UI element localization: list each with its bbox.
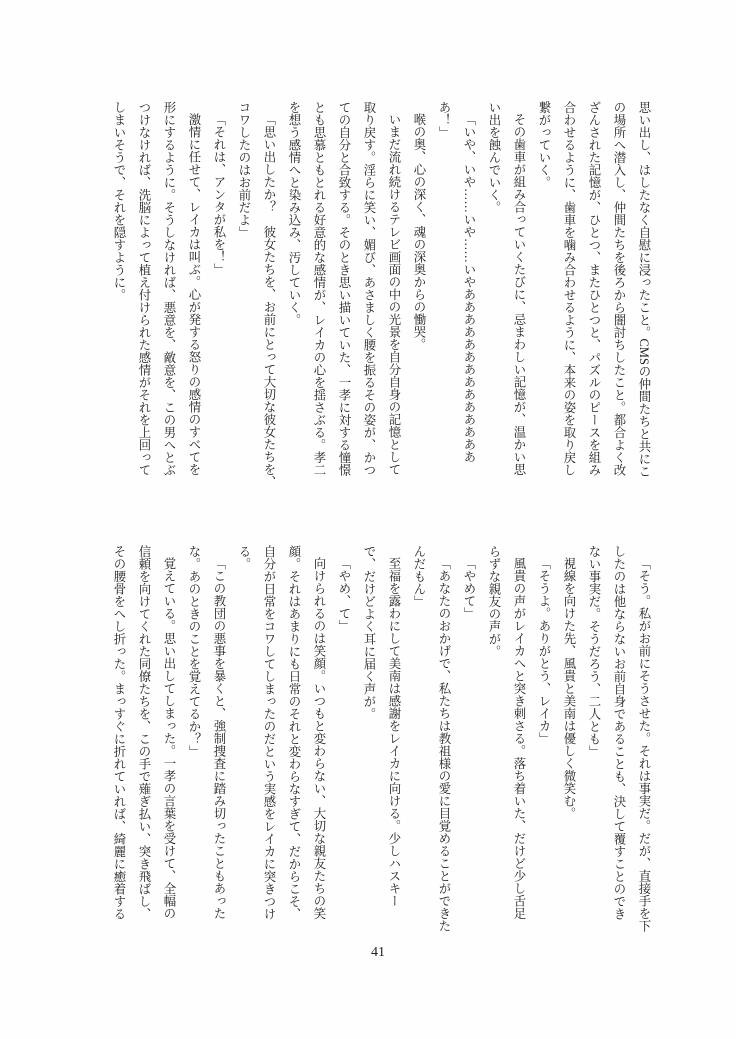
- text-line: したのは他ならないお前自身であることも、決して覆すことのでき: [606, 545, 631, 941]
- text-line: 「やめて」: [456, 545, 481, 953]
- text-line: を想う感情へと染み込み、汚していく。: [281, 101, 306, 497]
- text-line: しまいそうで、それを隠すように。: [106, 101, 131, 497]
- text-line: い出を蝕んでいく。: [481, 101, 506, 497]
- text-line: な。あのときのことを覚えてるか？」: [181, 545, 206, 941]
- text-line: ての自分と合致する。そのとき思い描いていた、一孝に対する憧憬: [331, 101, 356, 497]
- text-line: ない事実だ。そうだろう、二人とも」: [581, 545, 606, 941]
- text-block-bottom: 「そう。私がお前にそうさせた。それは事実だ。だが、直接手を下したのは他ならないお…: [104, 545, 656, 941]
- text-line: 至福を露わにして美南は感謝をレイカに向ける。少しハスキー: [381, 545, 406, 953]
- text-line: 風貴の声がレイカへと突き刺さる。落ち着いた、だけど少し舌足: [506, 545, 531, 953]
- text-line: ざんされた記憶が、ひとつ、またひとつと、パズルのピースを組み: [581, 101, 606, 497]
- text-line: コワしたのはお前だよ」: [231, 101, 256, 497]
- text-line: 「あなたのおかげで、私たちは教祖様の愛に目覚めることができた: [431, 545, 456, 953]
- text-line: つけなければ、洗脳によって植え付けられた感情がそれを上回って: [131, 101, 156, 497]
- text-line: 「この教団の悪事を暴くと、強制捜査に踏み切ったこともあった: [206, 545, 231, 953]
- text-line: 「そうよ。ありがとう、レイカ」: [531, 545, 556, 953]
- text-line: 取り戻す。淫らに笑い、媚び、あさましく腰を振るその姿が、かつ: [356, 101, 381, 497]
- text-line: 顔。それはあまりにも日常のそれと変わらなすぎて、だからこそ、: [281, 545, 306, 941]
- text-line: 自分が日常をコワしてしまったのだという実感をレイカに突きつけ: [256, 545, 281, 941]
- text-line: の場所へ潜入し、仲間たちを後ろから闇討ちしたこと。都合よく改: [606, 101, 631, 497]
- text-line: んだもん」: [406, 545, 431, 941]
- text-line: その腰骨をへし折った。まっすぐに折れていれば、綺麗に癒着する: [106, 545, 131, 941]
- page-number: 41: [0, 945, 736, 961]
- text-line: 「やめ、て」: [331, 545, 356, 953]
- text-line: 喉の奥、心の深く、魂の深奥からの慟哭。: [406, 101, 431, 509]
- text-line: 視線を向けた先、風貴と美南は優しく微笑む。: [556, 545, 581, 953]
- text-line: その歯車が組み合っていくたびに、忌まわしい記憶が、温かい思: [506, 101, 531, 509]
- book-page: 思い出し、はしたなく自慰に浸ったこと。CMSの仲間たちと共にこの場所へ潜入し、仲…: [0, 0, 736, 1039]
- text-line: いまだ流れ続けるテレビ画面の中の光景を自分自身の記憶として: [381, 101, 406, 509]
- text-line: 向けられるのは笑顔。いつもと変わらない、大切な親友たちの笑: [306, 545, 331, 953]
- text-line: 覚えている。思い出してしまった。一孝の言葉を受けて、全幅の: [156, 545, 181, 953]
- text-line: る。: [231, 545, 256, 941]
- text-line: あ！」: [431, 101, 456, 497]
- text-line: 「いや、いや……いや……いやああああああああああああああ: [456, 101, 481, 509]
- text-line: 合わせるように、歯車を噛み合わせるように、本来の姿を取り戻し: [556, 101, 581, 497]
- text-line: 思い出し、はしたなく自慰に浸ったこと。CMSの仲間たちと共にこ: [631, 101, 656, 497]
- text-line: 形にするように。そうしなければ、悪意を、敵意を、この男へとぶ: [156, 101, 181, 497]
- text-line: らずな親友の声が。: [481, 545, 506, 941]
- text-block-top: 思い出し、はしたなく自慰に浸ったこと。CMSの仲間たちと共にこの場所へ潜入し、仲…: [104, 101, 656, 497]
- text-line: 「それは、アンタが私を！」: [206, 101, 231, 509]
- text-line: 「思い出したか？ 彼女たちを、お前にとって大切な彼女たちを、: [256, 101, 281, 509]
- text-line: 繋がっていく。: [531, 101, 556, 497]
- text-line: で、だけどよく耳に届く声が。: [356, 545, 381, 941]
- text-line: とも思慕ともとれる好意的な感情が、レイカの心を揺さぶる。孝二: [306, 101, 331, 497]
- text-line: 激情に任せて、レイカは叫ぶ。心が発する怒りの感情のすべてを: [181, 101, 206, 509]
- text-line: 信頼を向けてくれた同僚たちを、この手で薙ぎ払い、突き飛ばし、: [131, 545, 156, 941]
- text-line: 「そう。私がお前にそうさせた。それは事実だ。だが、直接手を下: [631, 545, 656, 953]
